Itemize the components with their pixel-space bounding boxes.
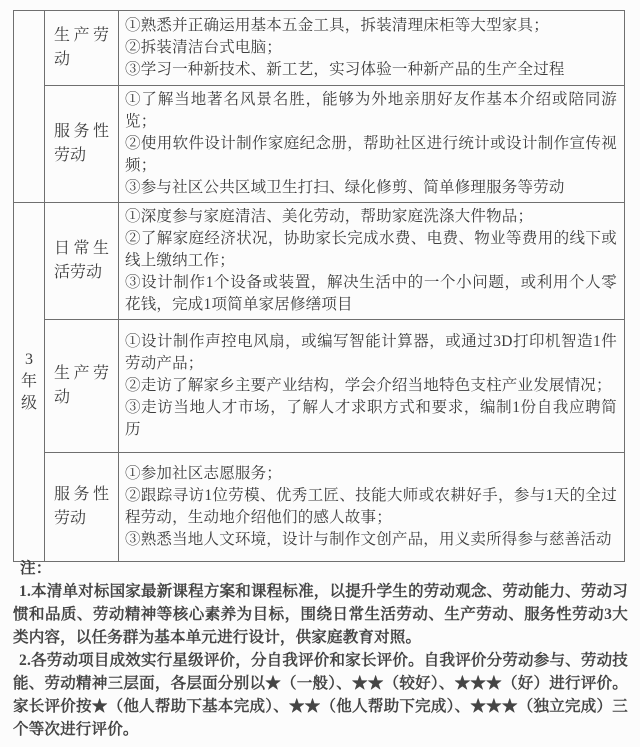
- table-row: 生产劳动 ①设计制作声控电风扇，或编写智能计算器，或通过3D打印机智造1件劳动产…: [14, 320, 625, 453]
- notes-heading: 注：: [20, 557, 628, 580]
- task-item: ③设计制作1个设备或装置，解决生活中的一个小问题，或利用个人零花钱，完成1项简单…: [125, 272, 617, 316]
- category-cell-daily-life-labor: 日常生活劳动: [45, 203, 119, 320]
- note-item-2: 2.各劳动项目成效实行星级评价，分自我评价和家长评价。自我评价分劳动参与、劳动技…: [13, 649, 628, 741]
- notes-section: 注： 1.本清单对标国家最新课程方案和课程标准，以提升学生的劳动观念、劳动能力、…: [13, 557, 628, 741]
- table-row: 生产劳动 ①熟悉并正确运用基本五金工具，拆装清理床柜等大型家具； ②拆装清洁台式…: [14, 11, 625, 86]
- category-cell-production-labor: 生产劳动: [45, 11, 119, 86]
- task-item: ①熟悉并正确运用基本五金工具，拆装清理床柜等大型家具；: [125, 15, 617, 37]
- task-item: ③参与社区公共区域卫生打扫、绿化修剪、简单修理服务等劳动: [125, 177, 617, 199]
- task-item: ①设计制作声控电风扇，或编写智能计算器，或通过3D打印机智造1件劳动产品；: [125, 331, 617, 375]
- task-item: ③熟悉当地人文环境，设计与制作文创产品，用义卖所得参与慈善活动: [125, 529, 617, 551]
- task-item: ②了解家庭经济状况，协助家长完成水费、电费、物业等费用的线下或线上缴纳工作；: [125, 228, 617, 272]
- tasks-cell: ①设计制作声控电风扇，或编写智能计算器，或通过3D打印机智造1件劳动产品； ②走…: [119, 320, 625, 453]
- document-page: 生产劳动 ①熟悉并正确运用基本五金工具，拆装清理床柜等大型家具； ②拆装清洁台式…: [0, 0, 640, 747]
- grade-cell-empty: [14, 11, 45, 203]
- table-row: 服务性劳动 ①了解当地著名风景名胜，能够为外地亲朋好友作基本介绍或陪同游览； ②…: [14, 86, 625, 203]
- category-cell-service-labor: 服务性劳动: [45, 86, 119, 203]
- category-cell-service-labor: 服务性劳动: [45, 453, 119, 562]
- task-item: ②拆装清洁台式电脑；: [125, 37, 617, 59]
- grade-cell-grade3: 3年级: [14, 203, 45, 562]
- tasks-cell: ①熟悉并正确运用基本五金工具，拆装清理床柜等大型家具； ②拆装清洁台式电脑； ③…: [119, 11, 625, 86]
- tasks-cell: ①深度参与家庭清洁、美化劳动，帮助家庭洗涤大件物品； ②了解家庭经济状况，协助家…: [119, 203, 625, 320]
- table-row: 3年级 日常生活劳动 ①深度参与家庭清洁、美化劳动，帮助家庭洗涤大件物品； ②了…: [14, 203, 625, 320]
- task-item: ②使用软件设计制作家庭纪念册，帮助社区进行统计或设计制作宣传视频；: [125, 133, 617, 177]
- table-row: 服务性劳动 ①参加社区志愿服务； ②跟踪寻访1位劳模、优秀工匠、技能大师或农耕好…: [14, 453, 625, 562]
- task-item: ③走访当地人才市场，了解人才求职方式和要求，编制1份自我应聘简历: [125, 397, 617, 441]
- tasks-cell: ①参加社区志愿服务； ②跟踪寻访1位劳模、优秀工匠、技能大师或农耕好手，参与1天…: [119, 453, 625, 562]
- task-item: ②跟踪寻访1位劳模、优秀工匠、技能大师或农耕好手，参与1天的全过程劳动，生动地介…: [125, 485, 617, 529]
- note-item-1: 1.本清单对标国家最新课程方案和课程标准，以提升学生的劳动观念、劳动能力、劳动习…: [13, 580, 628, 649]
- task-item: ①参加社区志愿服务；: [125, 463, 617, 485]
- task-item: ②走访了解家乡主要产业结构，学会介绍当地特色支柱产业发展情况；: [125, 375, 617, 397]
- task-item: ①了解当地著名风景名胜，能够为外地亲朋好友作基本介绍或陪同游览；: [125, 89, 617, 133]
- task-item: ①深度参与家庭清洁、美化劳动，帮助家庭洗涤大件物品；: [125, 206, 617, 228]
- tasks-cell: ①了解当地著名风景名胜，能够为外地亲朋好友作基本介绍或陪同游览； ②使用软件设计…: [119, 86, 625, 203]
- task-item: ③学习一种新技术、新工艺，实习体验一种新产品的生产全过程: [125, 59, 617, 81]
- category-cell-production-labor: 生产劳动: [45, 320, 119, 453]
- labor-checklist-table: 生产劳动 ①熟悉并正确运用基本五金工具，拆装清理床柜等大型家具； ②拆装清洁台式…: [13, 10, 625, 562]
